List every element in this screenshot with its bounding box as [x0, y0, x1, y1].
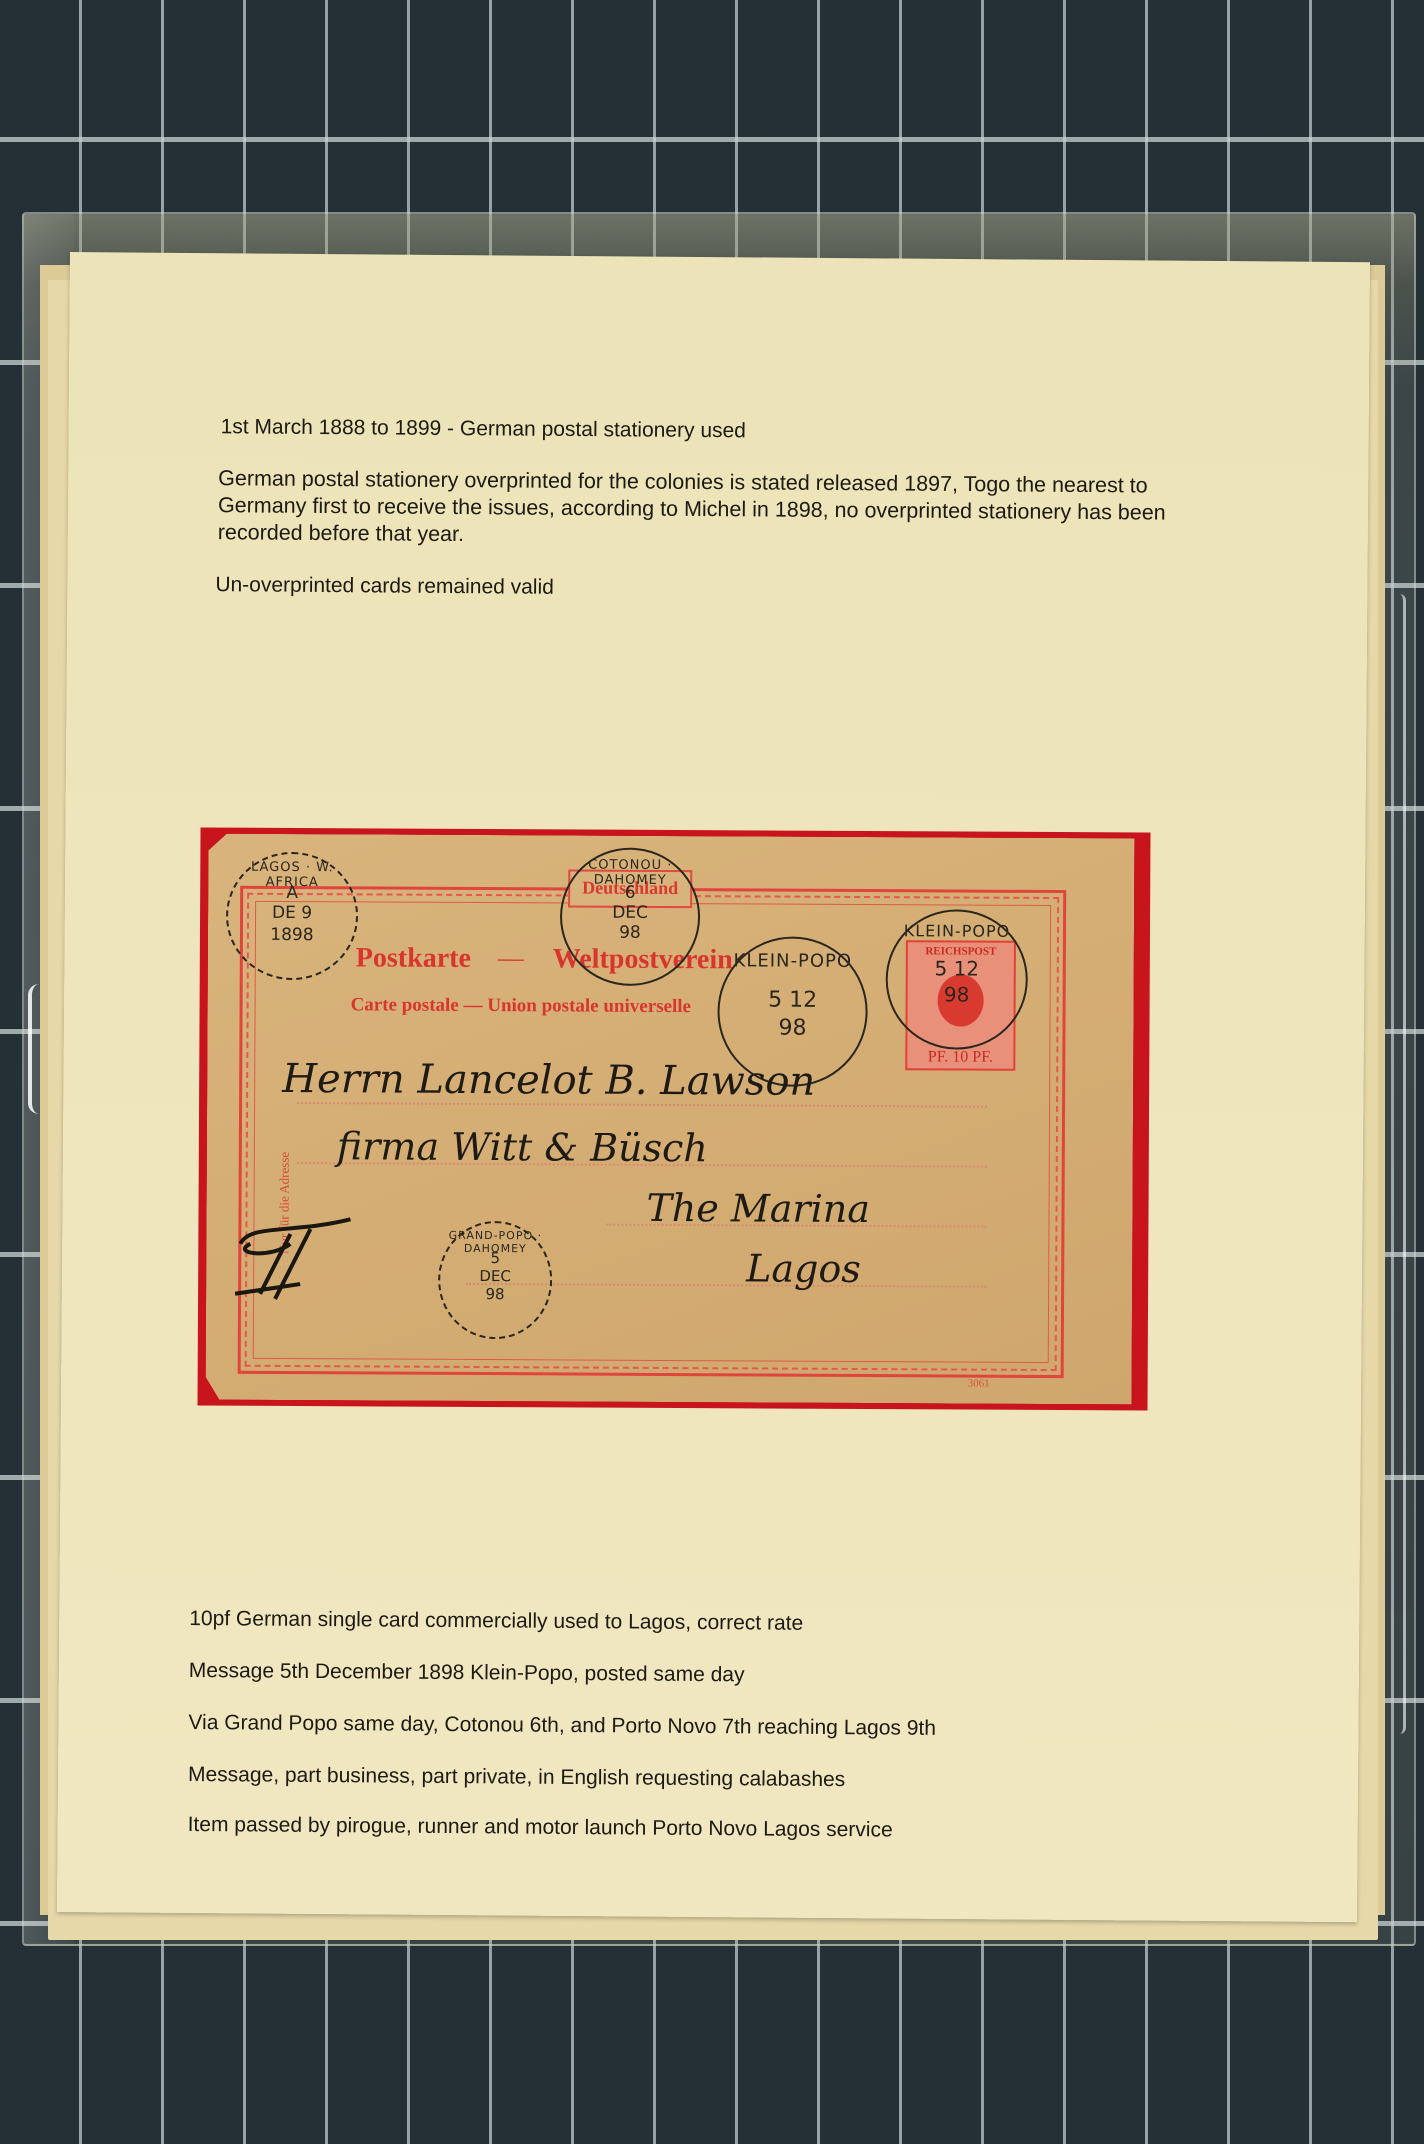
description-line: Via Grand Popo same day, Cotonou 6th, an… [188, 1709, 936, 1743]
postmark-cotonou: COTONOU · DAHOMEY 6 DEC 98 [560, 847, 701, 986]
description-line: 10pf German single card commercially use… [189, 1605, 803, 1638]
address-line: firma Witt & Büsch [337, 1124, 708, 1170]
page-heading: 1st March 1888 to 1899 - German postal s… [221, 413, 747, 445]
postal-card: Deutschland Postkarte — Weltpostverein C… [206, 834, 1135, 1405]
sleeve-glare-right [1393, 594, 1406, 1734]
address-line: The Marina [646, 1186, 870, 1231]
postmark-klein-popo-on-stamp: KLEIN-POPO 5 12 98 [885, 909, 1028, 1050]
card-subtitle: Carte postale — Union postale universell… [351, 994, 692, 1018]
description-line: Message, part business, part private, in… [188, 1761, 845, 1794]
postmark-lagos: LAGOS · W. AFRICA A DE 9 1898 [226, 852, 359, 981]
validity-note: Un-overprinted cards remained valid [215, 571, 554, 602]
description-line: Item passed by pirogue, runner and motor… [188, 1811, 893, 1845]
intro-paragraph: German postal stationery overprinted for… [218, 465, 1179, 554]
card-title: Postkarte [356, 942, 471, 975]
address-line: Lagos [746, 1246, 861, 1291]
print-number: 3061 [968, 1378, 990, 1390]
postmark-grand-popo: GRAND-POPO · DAHOMEY 5 DEC 98 [438, 1221, 553, 1340]
address-line: Herrn Lancelot B. Lawson [282, 1056, 815, 1105]
description-line: Message 5th December 1898 Klein-Popo, po… [189, 1657, 745, 1689]
ink-scrawl-icon [230, 1214, 370, 1305]
title-separator: — [498, 943, 524, 973]
stamp-value: PF. 10 PF. [907, 1048, 1013, 1067]
